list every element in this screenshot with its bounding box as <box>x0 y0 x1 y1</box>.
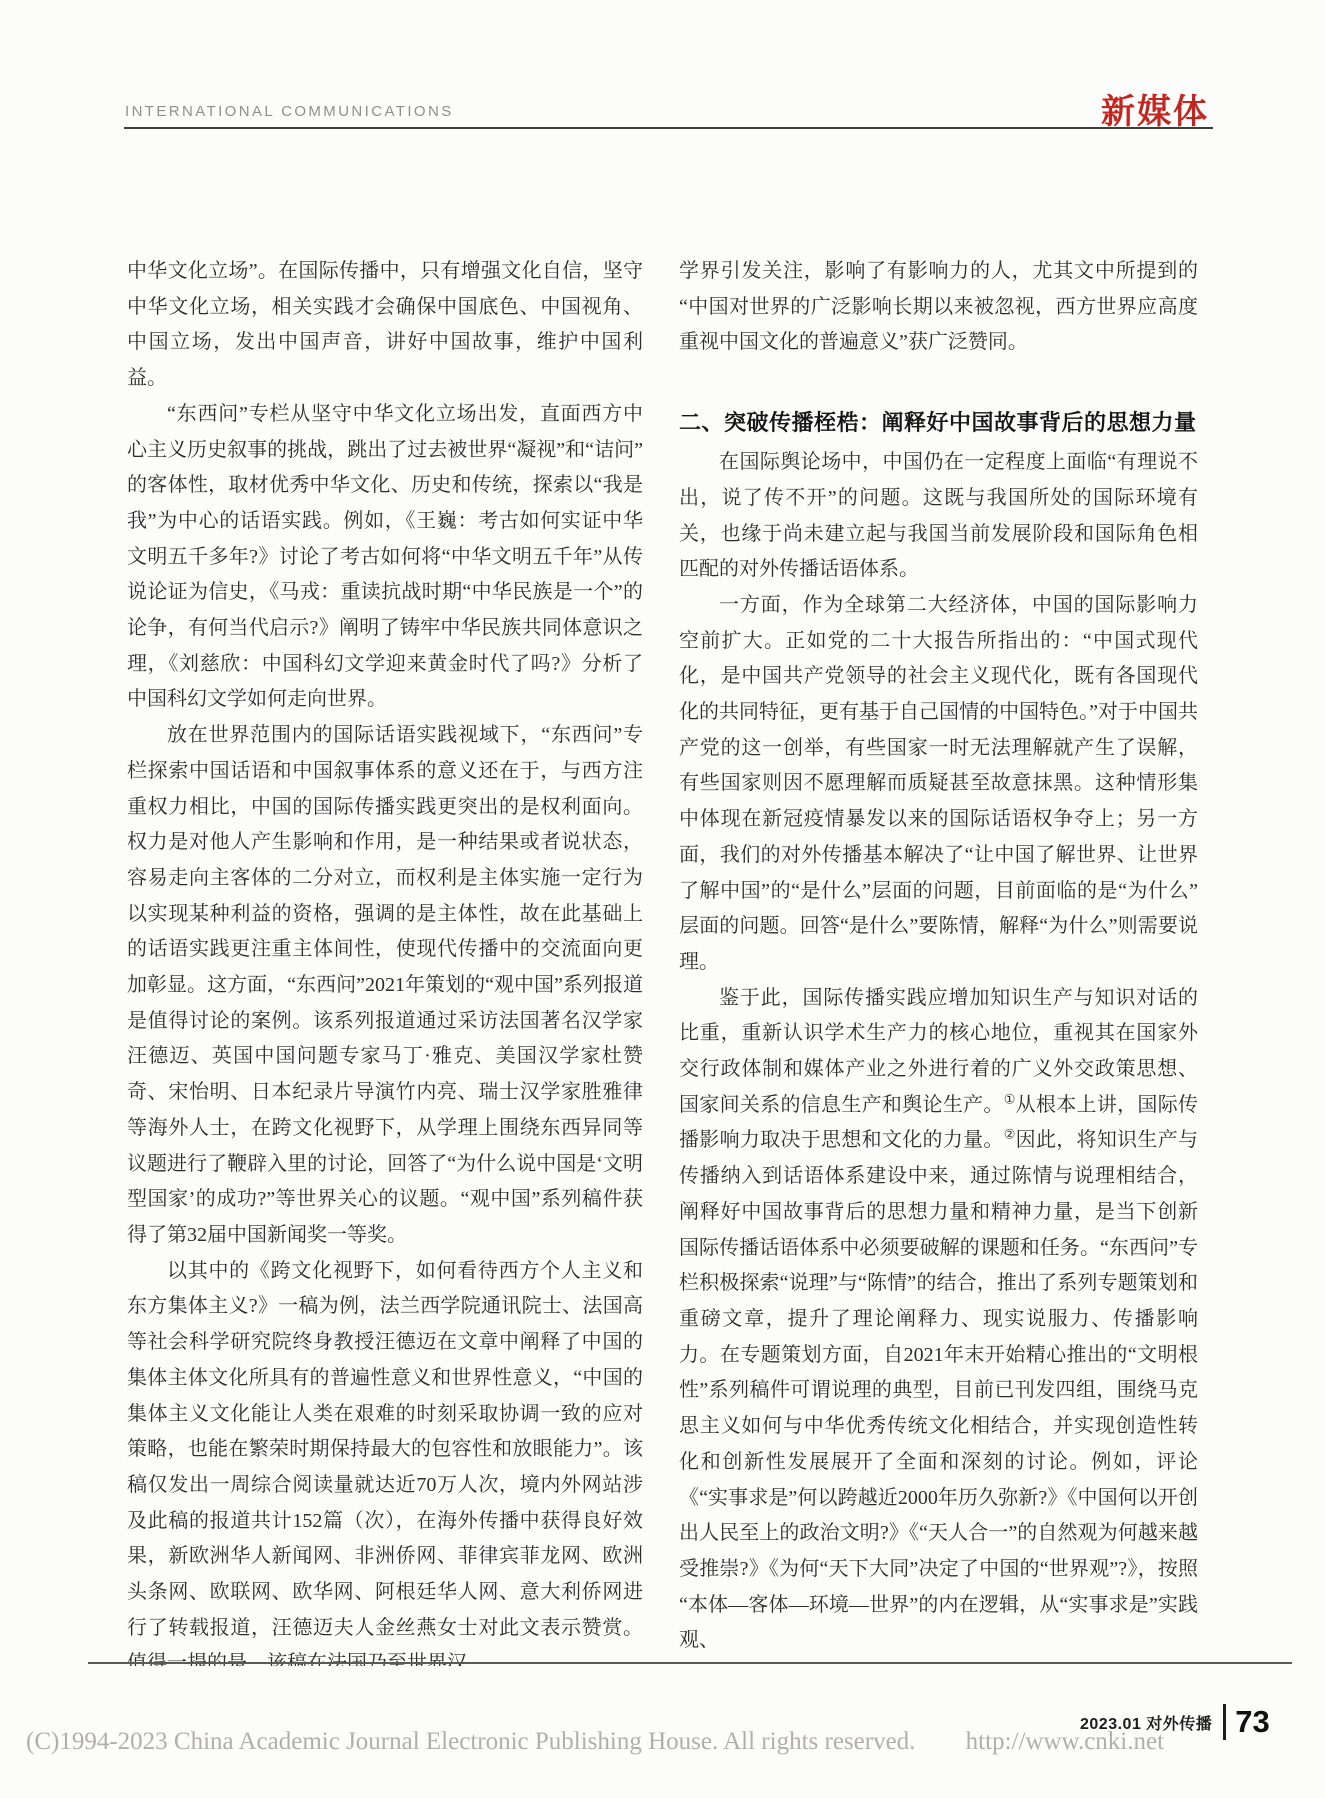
left-text-column: 中华文化立场”。在国际传播中，只有增强文化自信，坚守中华文化立场，相关实践才会确… <box>127 254 643 1666</box>
body-paragraph: 学界引发关注，影响了有影响力的人，尤其文中所提到的“中国对世界的广泛影响长期以来… <box>679 254 1198 361</box>
body-paragraph: “东西问”专栏从坚守中华文化立场出发，直面西方中心主义历史叙事的挑战，跳出了过去… <box>127 397 643 718</box>
header-rule <box>124 127 1213 129</box>
footer-rule <box>88 1662 1292 1664</box>
right-text-column: 学界引发关注，影响了有影响力的人，尤其文中所提到的“中国对世界的广泛影响长期以来… <box>679 254 1198 1666</box>
journal-page: INTERNATIONAL COMMUNICATIONS 新媒体 中华文化立场”… <box>0 0 1325 1798</box>
copyright-url: http://www.cnki.net <box>966 1728 1164 1755</box>
body-paragraph: 放在世界范围内的国际话语实践视域下，“东西问”专栏探索中国话语和中国叙事体系的意… <box>127 718 643 1254</box>
journal-name-english: INTERNATIONAL COMMUNICATIONS <box>125 103 454 120</box>
body-paragraph: 鉴于此，国际传播实践应增加知识生产与知识对话的比重，重新认识学术生产力的核心地位… <box>679 981 1198 1659</box>
copyright-text: (C)1994-2023 China Academic Journal Elec… <box>26 1728 915 1755</box>
section-logo: 新媒体 <box>1101 84 1209 133</box>
body-paragraph: 中华文化立场”。在国际传播中，只有增强文化自信，坚守中华文化立场，相关实践才会确… <box>127 254 643 397</box>
copyright-watermark: (C)1994-2023 China Academic Journal Elec… <box>26 1728 1316 1756</box>
body-paragraph: 一方面，作为全球第二大经济体，中国的国际影响力空前扩大。正如党的二十大报告所指出… <box>679 588 1198 981</box>
footnote-marker: ② <box>1004 1127 1016 1142</box>
body-paragraph: 在国际舆论场中，中国仍在一定程度上面临“有理说不出，说了传不开”的问题。这既与我… <box>679 445 1198 588</box>
section-heading: 二、突破传播桎梏：阐释好中国故事背后的思想力量 <box>679 407 1198 439</box>
footnote-marker: ① <box>1004 1091 1016 1106</box>
body-paragraph: 以其中的《跨文化视野下，如何看待西方个人主义和东方集体主义?》一稿为例，法兰西学… <box>127 1254 643 1666</box>
